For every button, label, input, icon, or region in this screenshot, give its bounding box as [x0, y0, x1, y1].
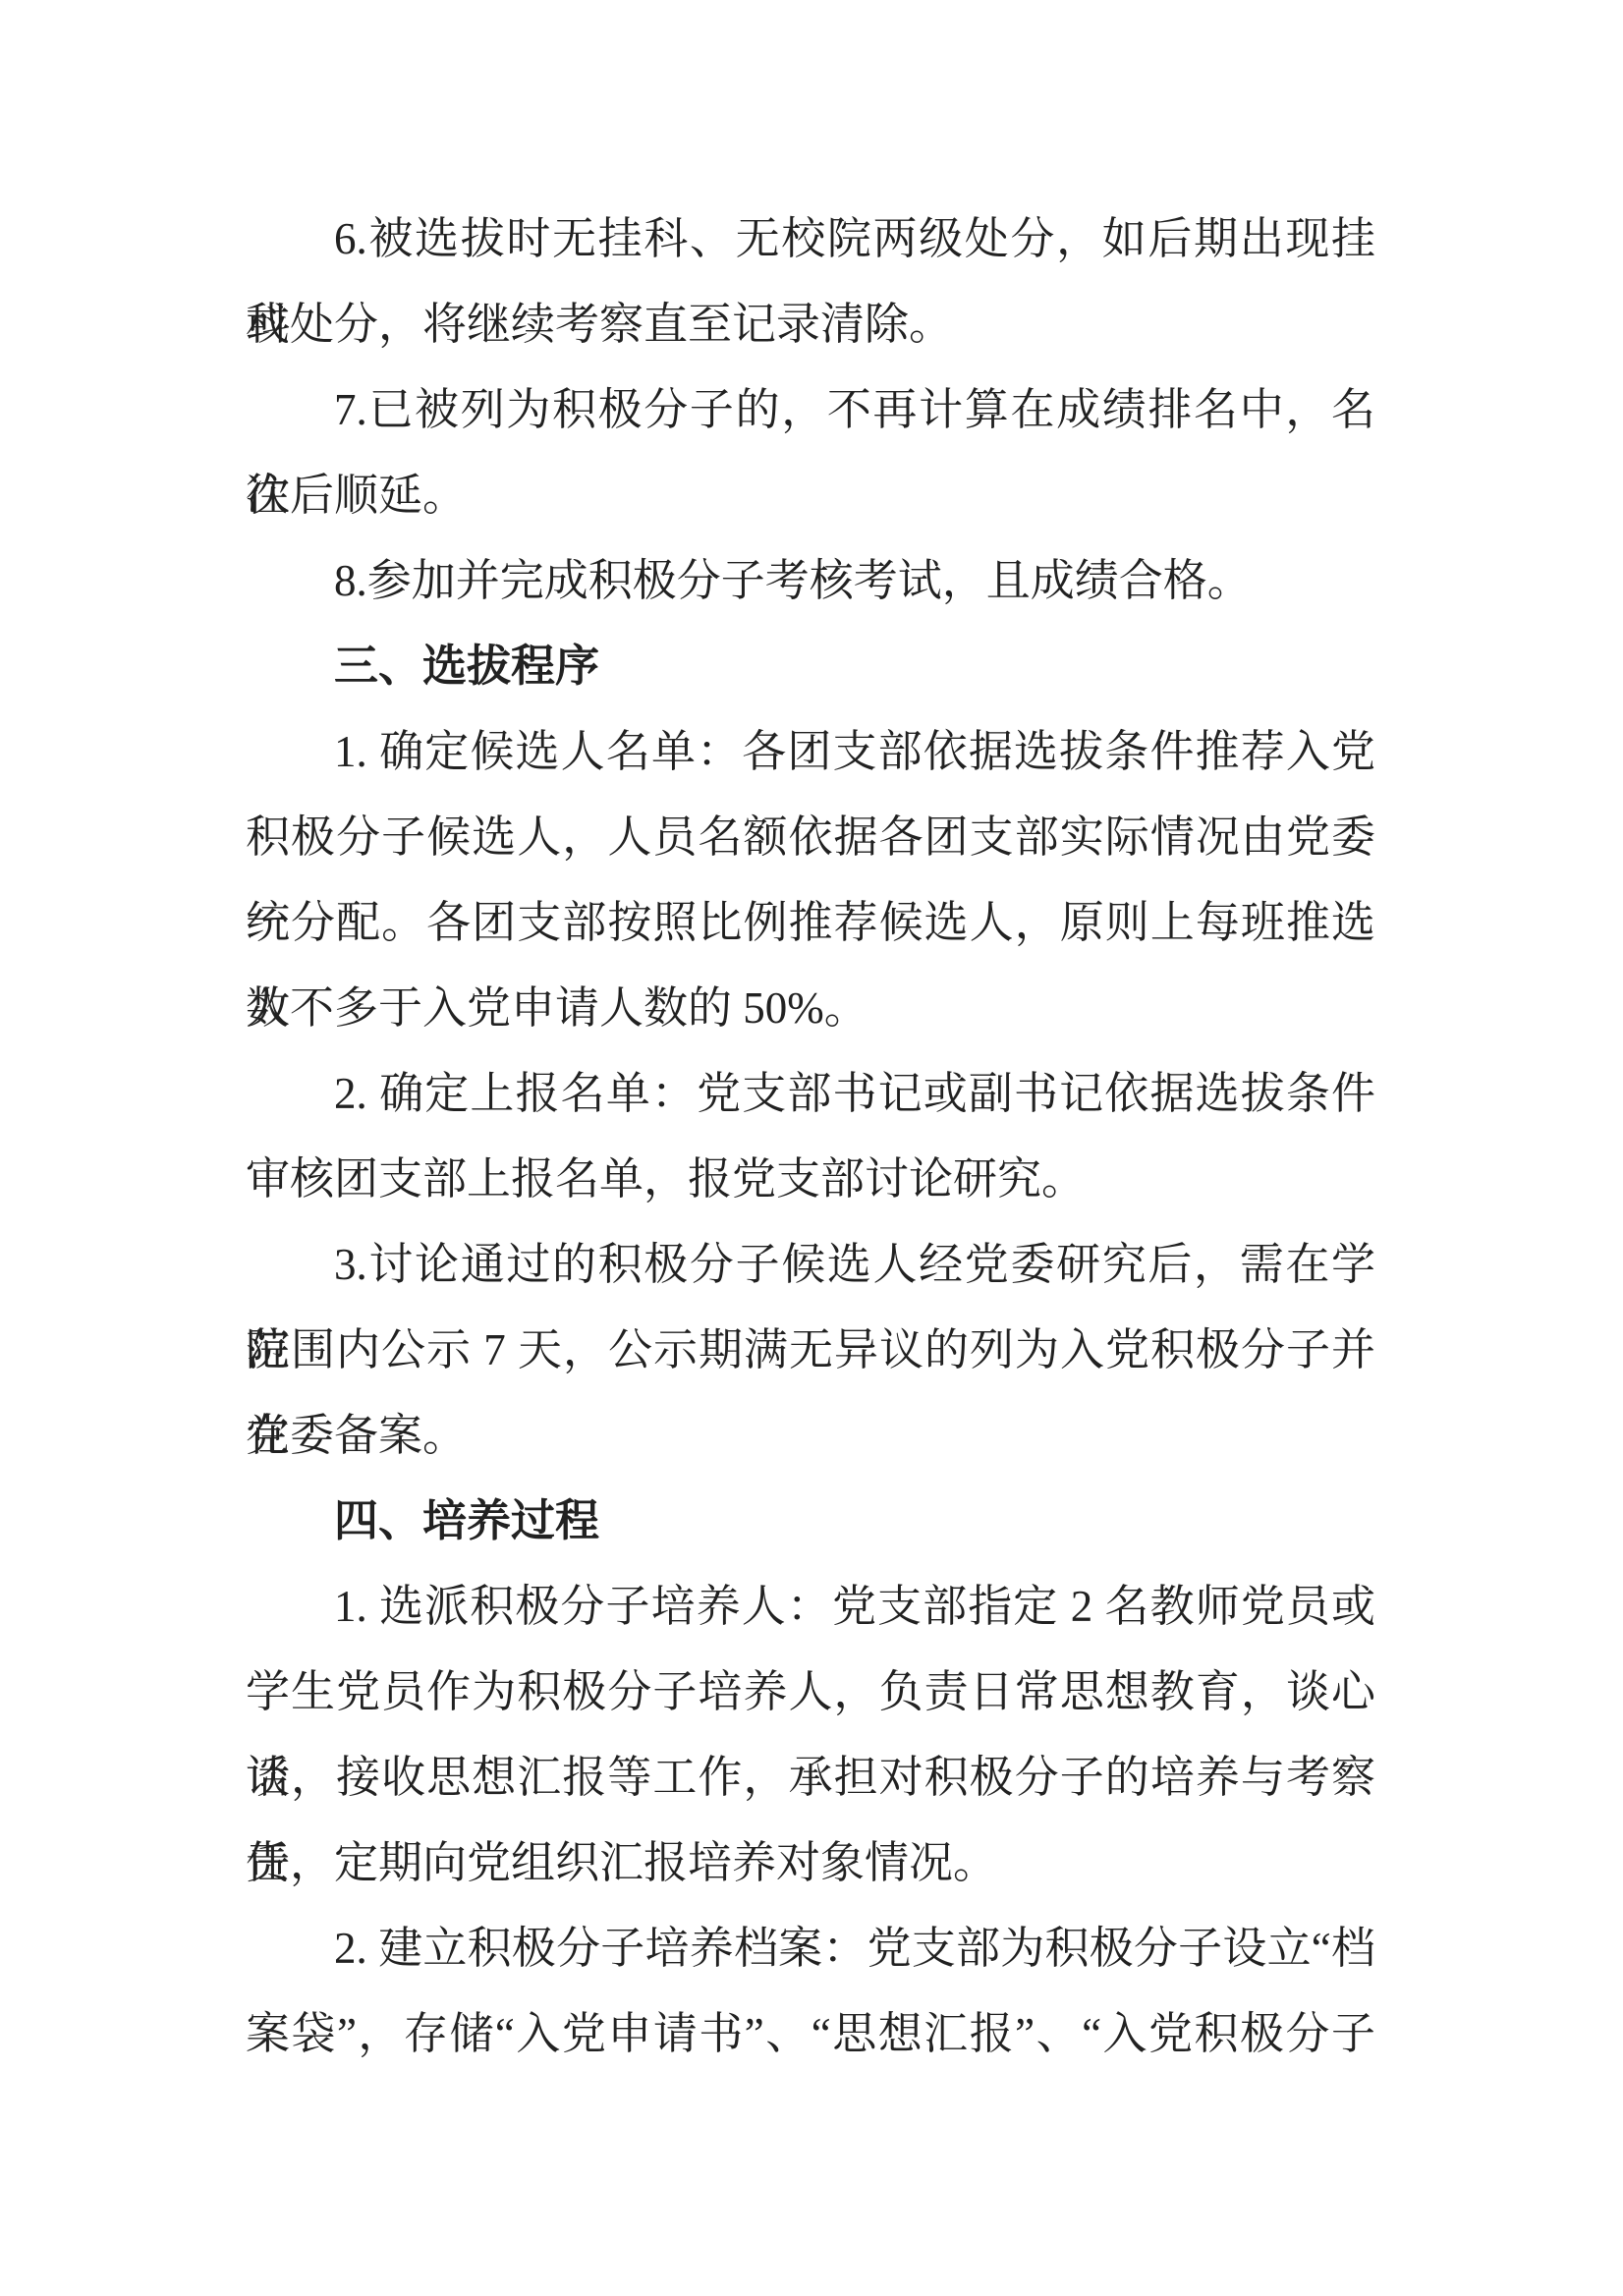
text-line: 党委备案。	[246, 1393, 1375, 1479]
document-text-block: 6.被选拔时无挂科、无校院两级处分，如后期出现挂科或处分，将继续考察直至记录清除…	[246, 196, 1375, 2077]
text-line: 数不多于入党申请人数的 50%。	[246, 966, 1375, 1051]
text-line: 任，定期向党组织汇报培养对象情况。	[246, 1820, 1375, 1906]
text-line: 1. 确定候选人名单：各团支部依据选拔条件推荐入党	[246, 709, 1375, 795]
text-line: 积极分子候选人，人员名额依据各团支部实际情况由党委统	[246, 795, 1375, 880]
document-page: 6.被选拔时无挂科、无校院两级处分，如后期出现挂科或处分，将继续考察直至记录清除…	[0, 0, 1623, 2296]
section-heading: 三、选拔程序	[246, 624, 1375, 709]
text-line: 8.参加并完成积极分子考核考试，且成绩合格。	[246, 538, 1375, 624]
text-line: 审核团支部上报名单，报党支部讨论研究。	[246, 1137, 1375, 1222]
text-line: 6.被选拔时无挂科、无校院两级处分，如后期出现挂科	[246, 196, 1375, 282]
text-line: 学生党员作为积极分子培养人，负责日常思想教育，谈心谈	[246, 1650, 1375, 1735]
text-line: 往后顺延。	[246, 453, 1375, 538]
text-line: 或处分，将继续考察直至记录清除。	[246, 282, 1375, 367]
text-line: 3.讨论通过的积极分子候选人经党委研究后，需在学院	[246, 1222, 1375, 1308]
text-line: 案袋”，存储“入党申请书”、“思想汇报”、“入党积极分子	[246, 1991, 1375, 2077]
text-line: 话，接收思想汇报等工作，承担对积极分子的培养与考察责	[246, 1735, 1375, 1820]
text-line: 范围内公示 7 天，公示期满无异议的列为入党积极分子并在	[246, 1308, 1375, 1393]
text-line: 7.已被列为积极分子的，不再计算在成绩排名中，名次	[246, 367, 1375, 453]
text-line: 2. 建立积极分子培养档案：党支部为积极分子设立“档	[246, 1906, 1375, 1991]
text-line: 一分配。各团支部按照比例推荐候选人，原则上每班推选人	[246, 880, 1375, 966]
section-heading: 四、培养过程	[246, 1479, 1375, 1564]
text-line: 1. 选派积极分子培养人：党支部指定 2 名教师党员或	[246, 1564, 1375, 1650]
text-line: 2. 确定上报名单：党支部书记或副书记依据选拔条件	[246, 1051, 1375, 1137]
